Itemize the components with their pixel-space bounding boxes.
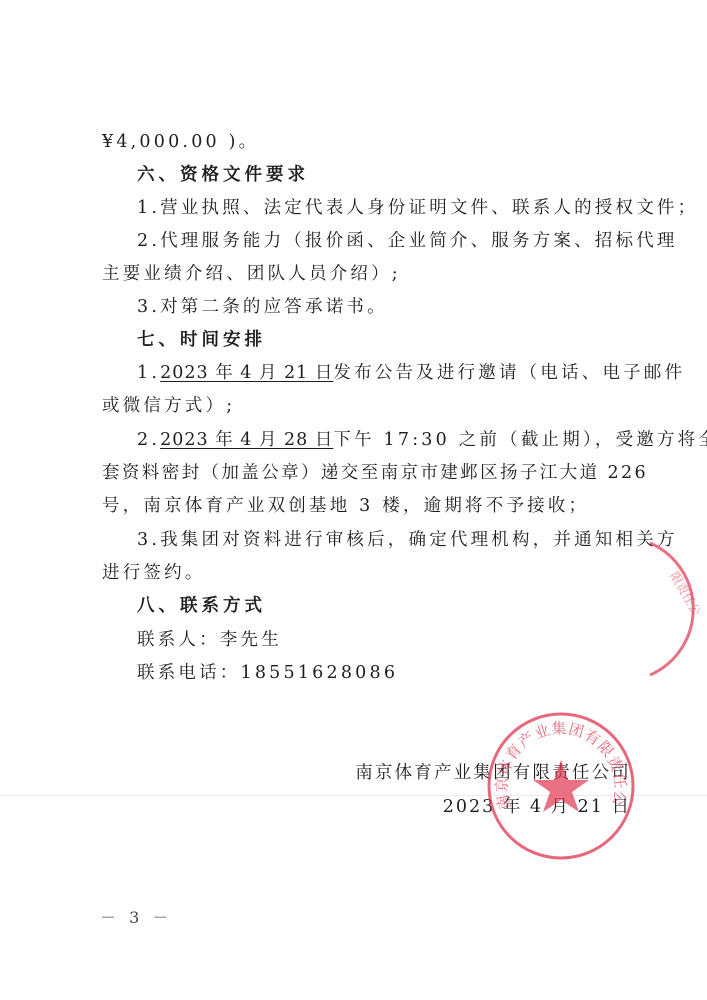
underlined-date: 2023 年 4 月 21 日: [160, 363, 333, 383]
section7-item3-line1: 3.我集团对资料进行审核后，确定代理机构，并通知相关方: [137, 528, 634, 552]
section8-heading: 八、联系方式: [137, 594, 634, 618]
official-seal-icon: 南京体育产业集团有限责任公司: [483, 708, 639, 864]
contact-phone: 联系电话：18551628086: [137, 661, 634, 685]
item-text: 下午 17:30 之前（截止期），受邀方将全: [333, 430, 707, 450]
svg-text:限责任公: 限责任公: [667, 569, 704, 618]
section7-item2-line2: 套资料密封（加盖公章）递交至南京市建邺区扬子江大道 226: [102, 461, 634, 485]
item-number: 1.: [137, 363, 160, 383]
section7-item2-line3: 号，南京体育产业双创基地 3 楼，逾期将不予接收；: [102, 494, 634, 518]
contact-person: 联系人：李先生: [137, 628, 634, 652]
section6-item1: 1.营业执照、法定代表人身份证明文件、联系人的授权文件；: [137, 196, 634, 220]
section7-item1-line2: 或微信方式）;: [102, 394, 634, 418]
continuation-text: ¥4,000.00 )。: [102, 130, 634, 154]
item-number: 2.: [137, 430, 160, 450]
section6-item2-line1: 2.代理服务能力（报价函、企业简介、服务方案、招标代理: [137, 229, 634, 253]
section7-item2-line1: 2.2023 年 4 月 28 日下午 17:30 之前（截止期），受邀方将全: [137, 428, 634, 452]
underlined-date: 2023 年 4 月 28 日: [160, 430, 333, 450]
section6-item3: 3.对第二条的应答承诺书。: [137, 295, 634, 319]
signature-date: 2023 年 4 月 21 日: [443, 795, 631, 819]
item-text: 发布公告及进行邀请（电话、电子邮件: [333, 363, 685, 383]
page-number: － 3 －: [100, 905, 172, 928]
signature-company: 南京体育产业集团有限责任公司: [355, 761, 631, 785]
section7-heading: 七、时间安排: [137, 328, 634, 352]
seam-seal-icon: 限责任公: [640, 535, 707, 685]
section6-heading: 六、资格文件要求: [137, 163, 634, 187]
section6-item2-line2: 主要业绩介绍、团队人员介绍）;: [102, 262, 634, 286]
section7-item1-line1: 1.2023 年 4 月 21 日发布公告及进行邀请（电话、电子邮件: [137, 361, 634, 385]
section7-item3-line2: 进行签约。: [102, 561, 634, 585]
